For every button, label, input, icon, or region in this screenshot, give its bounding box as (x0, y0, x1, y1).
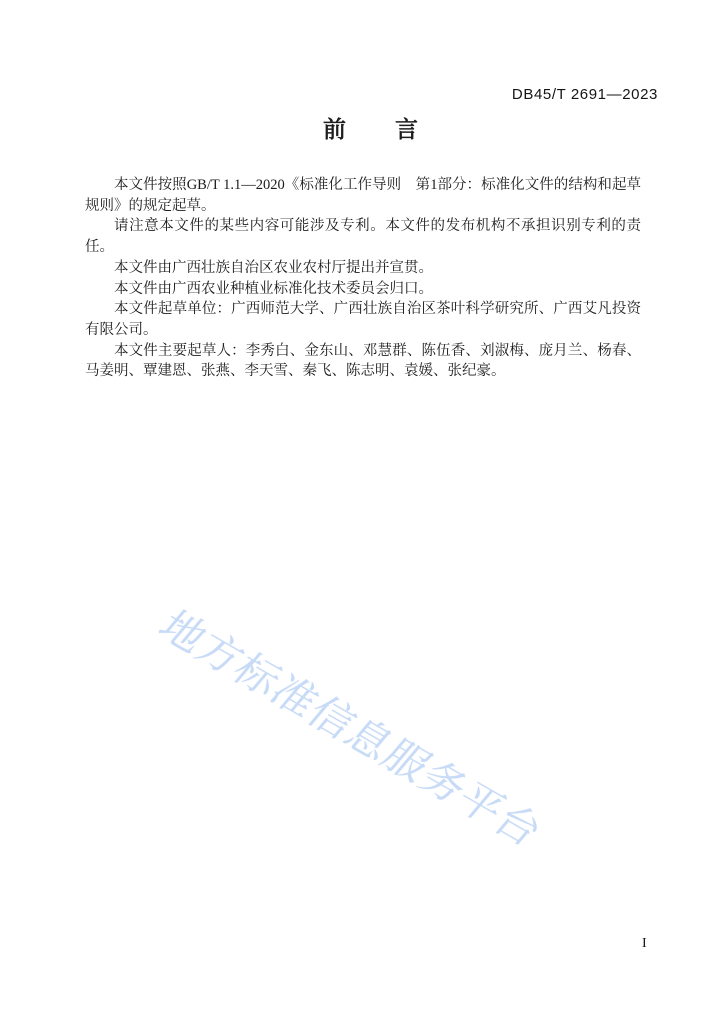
body-paragraph: 本文件由广西农业种植业标准化技术委员会归口。 (85, 279, 641, 300)
body-paragraph: 请注意本文件的某些内容可能涉及专利。本文件的发布机构不承担识别专利的责任。 (85, 216, 641, 257)
page-number: I (642, 936, 647, 952)
body-paragraph: 本文件起草单位：广西师范大学、广西壮族自治区茶叶科学研究所、广西艾凡投资有限公司… (85, 299, 641, 340)
document-page: DB45/T 2691—2023 前 言 本文件按照GB/T 1.1—2020《… (0, 0, 724, 1024)
body-paragraph: 本文件按照GB/T 1.1—2020《标准化工作导则 第1部分：标准化文件的结构… (85, 175, 641, 216)
body-paragraph: 本文件主要起草人：李秀白、金东山、邓慧群、陈伍香、刘淑梅、庞月兰、杨春、马姜明、… (85, 341, 641, 382)
standard-code-header: DB45/T 2691—2023 (512, 86, 658, 103)
body-paragraph: 本文件由广西壮族自治区农业农村厅提出并宣贯。 (85, 258, 641, 279)
foreword-body: 本文件按照GB/T 1.1—2020《标准化工作导则 第1部分：标准化文件的结构… (85, 175, 641, 382)
diagonal-watermark: 地方标准信息服务平台 (147, 596, 559, 858)
page-title: 前 言 (85, 111, 657, 144)
